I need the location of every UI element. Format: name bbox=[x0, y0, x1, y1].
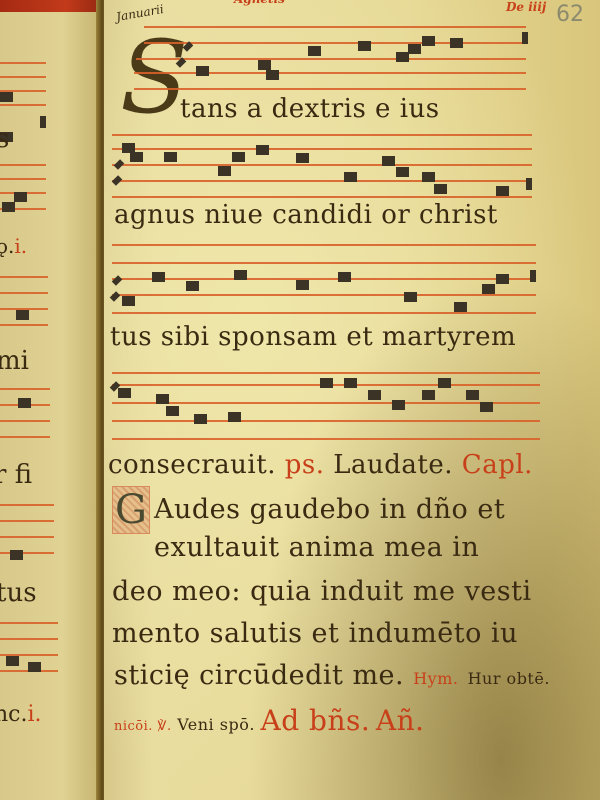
neume bbox=[404, 292, 417, 302]
header-day: De iiij bbox=[506, 0, 546, 14]
left-fragment-4: r fi bbox=[0, 460, 32, 490]
neume bbox=[218, 166, 231, 176]
chapter-ending: sticię circūdedit me. bbox=[114, 660, 404, 691]
neume bbox=[482, 284, 495, 294]
left-fragment-5: tus bbox=[0, 578, 37, 608]
rubric-ad-benedictus: Ad bñs. bbox=[261, 704, 371, 737]
lyric-line-3: tus sibi sponsam et martyrem bbox=[110, 322, 516, 352]
staff-2 bbox=[104, 130, 600, 210]
custos bbox=[530, 270, 536, 282]
neume bbox=[28, 662, 41, 672]
neume bbox=[152, 272, 165, 282]
versicle-text: Veni spō. bbox=[177, 715, 255, 734]
left-fragment-3: mi bbox=[0, 346, 29, 376]
neume bbox=[480, 402, 493, 412]
chapter-line-5: sticię circūdedit me. Hym. Hur obtē. bbox=[114, 660, 550, 691]
left-staff-1 bbox=[0, 52, 104, 112]
neume bbox=[122, 296, 135, 306]
neume bbox=[368, 390, 381, 400]
left-fragment-2: ǫ.i. bbox=[0, 234, 27, 258]
neume bbox=[16, 310, 29, 320]
decorated-initial-g: G bbox=[112, 486, 150, 534]
left-staff-6 bbox=[0, 620, 104, 690]
neume bbox=[438, 378, 451, 388]
hymn-incipit: Hur obtē. bbox=[468, 669, 550, 688]
neume bbox=[338, 272, 351, 282]
rubric-capitulum: Capl. bbox=[462, 450, 533, 480]
neume bbox=[256, 145, 269, 155]
left-fragment-text: ǫ. bbox=[0, 234, 14, 258]
lyric-line-4: consecrauit. ps. Laudate. Capl. bbox=[108, 450, 533, 480]
neume bbox=[382, 156, 395, 166]
neume bbox=[6, 656, 19, 666]
neume bbox=[18, 398, 31, 408]
neume bbox=[234, 270, 247, 280]
neume bbox=[258, 60, 271, 70]
neume bbox=[164, 152, 177, 162]
chapter-line-3: deo meo: quia induit me vesti bbox=[112, 576, 532, 607]
left-staff-3 bbox=[0, 272, 104, 332]
neume bbox=[344, 378, 357, 388]
neume bbox=[296, 153, 309, 163]
rubric-hymn: Hym. bbox=[413, 669, 458, 688]
neume bbox=[14, 192, 27, 202]
right-page: Januarii Agnetis De iiij 62 S tans a dex… bbox=[104, 0, 600, 800]
rubric-psalm: ps. bbox=[285, 450, 325, 480]
neume bbox=[196, 66, 209, 76]
neume bbox=[466, 390, 479, 400]
neume bbox=[118, 388, 131, 398]
left-page: s ǫ.i. mi r fi tus nc bbox=[0, 12, 104, 800]
lyric-consecrauit: consecrauit. bbox=[108, 450, 276, 480]
neume bbox=[2, 202, 15, 212]
chapter-line-2: exultauit anima mea in bbox=[154, 532, 479, 563]
custos bbox=[526, 178, 532, 190]
left-rubric: i. bbox=[27, 702, 41, 727]
neume bbox=[496, 186, 509, 196]
left-staff-5 bbox=[0, 502, 104, 572]
neume bbox=[130, 152, 143, 162]
lyric-line-2: agnus niue candidi or christ bbox=[114, 200, 498, 230]
neume bbox=[434, 184, 447, 194]
neume bbox=[232, 152, 245, 162]
neume bbox=[228, 412, 241, 422]
left-fragment-text: nc. bbox=[0, 702, 27, 727]
left-staff-2 bbox=[0, 152, 104, 212]
neume bbox=[396, 167, 409, 177]
left-fragment-6: nc.i. bbox=[0, 702, 42, 727]
staff-3 bbox=[104, 240, 600, 320]
neume bbox=[496, 274, 509, 284]
custos bbox=[40, 116, 46, 128]
final-line: nicōi. ℣. Veni spō. Ad bñs. Añ. bbox=[114, 704, 425, 737]
neume bbox=[422, 36, 435, 46]
rubric-antiphon: Añ. bbox=[376, 704, 425, 737]
chapter-line-4: mento salutis et indumēto iu bbox=[112, 618, 518, 649]
left-fragment-1: s bbox=[0, 124, 9, 154]
neume bbox=[194, 414, 207, 424]
psalm-incipit: Laudate. bbox=[333, 450, 453, 480]
neume bbox=[156, 394, 169, 404]
neume bbox=[450, 38, 463, 48]
neume bbox=[308, 46, 321, 56]
neume bbox=[166, 406, 179, 416]
neume bbox=[392, 400, 405, 410]
neume bbox=[10, 550, 23, 560]
custos bbox=[522, 32, 528, 44]
neume bbox=[358, 41, 371, 51]
neume bbox=[0, 92, 13, 102]
chapter-line-1: Audes gaudebo in dño et bbox=[154, 494, 505, 525]
rubric-versicle: nicōi. ℣. bbox=[114, 719, 172, 734]
neume bbox=[320, 378, 333, 388]
neume bbox=[408, 44, 421, 54]
header-saint: Agnetis bbox=[234, 0, 285, 6]
neume bbox=[454, 302, 467, 312]
lyric-line-1: tans a dextris e ius bbox=[180, 94, 440, 124]
neume bbox=[186, 281, 199, 291]
left-staff-4 bbox=[0, 382, 104, 442]
neume bbox=[296, 280, 309, 290]
neume bbox=[422, 172, 435, 182]
neume bbox=[422, 390, 435, 400]
neume bbox=[344, 172, 357, 182]
left-rubric: i. bbox=[14, 234, 27, 258]
neume bbox=[266, 70, 279, 80]
